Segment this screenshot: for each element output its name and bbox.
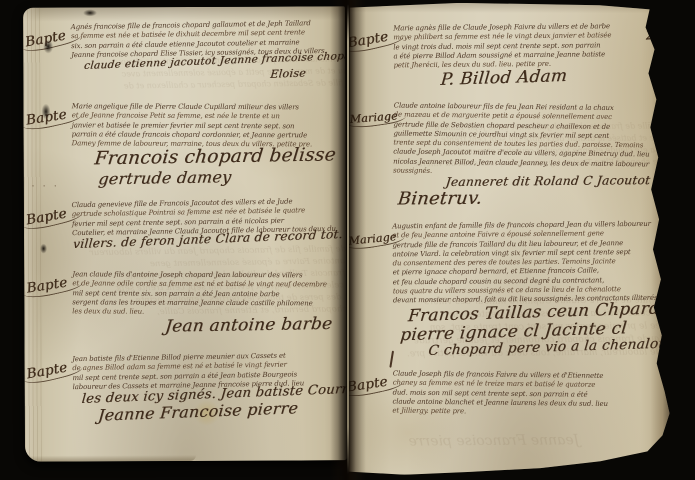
entry-margin-label: Mariage bbox=[348, 230, 395, 247]
register-entry: BapteAgnés francoise fille de francois c… bbox=[71, 19, 344, 85]
register-entry: BapteClaude Joseph fils de francois Faiv… bbox=[392, 370, 665, 420]
manuscript-photo: · · · BapteAgnés francoise fille de fran… bbox=[0, 0, 695, 480]
entry-margin-label: Bapte bbox=[25, 274, 73, 297]
entry-signature: Eloise bbox=[270, 66, 345, 81]
page-number: 2 bbox=[645, 27, 655, 44]
entry-margin-label: Bapte bbox=[348, 28, 394, 51]
entry-signature: P. Billod Adam bbox=[440, 63, 668, 89]
entry-signature: gertrude damey bbox=[97, 166, 346, 188]
right-page: 2 BapteMarie agnès fille de Claude Josep… bbox=[348, 3, 673, 478]
register-entry: MariageAugustin enfant de famille fils d… bbox=[392, 220, 665, 361]
register-entry: BapteClauda genevieve fille de Francois … bbox=[72, 197, 345, 253]
entry-margin-label: Bapte bbox=[348, 373, 393, 396]
margin-dots: · · · bbox=[32, 182, 60, 191]
ink-smudge bbox=[43, 40, 53, 54]
left-page-entries: BapteAgnés francoise fille de francois c… bbox=[71, 6, 339, 461]
register-entry: MariageClaude antoine laboureur fils de … bbox=[393, 102, 666, 214]
ink-smudge bbox=[40, 244, 47, 254]
ink-smudge bbox=[41, 104, 50, 120]
register-entry: BapteMarie angelique fille de Pierre Cla… bbox=[71, 102, 343, 189]
entry-signature: Jean antoine barbe bbox=[164, 314, 346, 336]
left-page: · · · BapteAgnés francoise fille de fran… bbox=[23, 6, 347, 461]
right-page-entries: BapteMarie agnès fille de Claude Joseph … bbox=[392, 3, 667, 478]
ink-smudge bbox=[83, 9, 97, 16]
entry-signature: Binetruv. bbox=[397, 187, 668, 210]
register-entry: BapteMarie agnès fille de Claude Joseph … bbox=[393, 22, 666, 90]
entry-margin-label: Bapte bbox=[25, 205, 73, 229]
register-entry: BapteJean batiste fils d'Etienne Billod … bbox=[72, 351, 345, 426]
entry-margin-label: Mariage bbox=[349, 110, 396, 126]
register-entry: BapteJean claude fils d'antoine Joseph c… bbox=[72, 270, 344, 337]
entry-line: et Jilliergy. petite pre. bbox=[392, 407, 664, 419]
entry-margin-label: Bapte bbox=[25, 359, 73, 383]
